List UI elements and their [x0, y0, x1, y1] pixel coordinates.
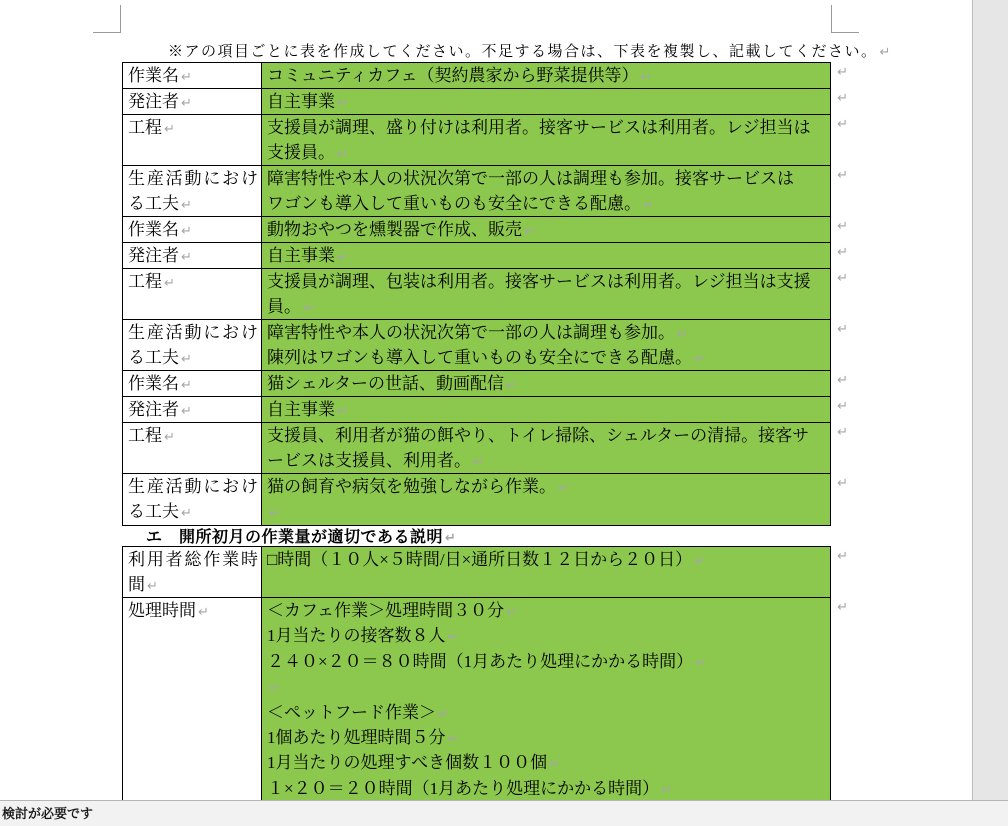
table-row: 利用者総作業時間↵ □時間（１０人×５時間/日×通所日数１２日から２０日）↵ ↵ — [123, 547, 830, 598]
row-header-label: 作業名 — [128, 374, 179, 393]
word-document-page: ※アの項目ごとに表を作成してください。不足する場合は、下表を複製し、記載してくだ… — [0, 0, 1008, 826]
paragraph-mark: ↵ — [694, 352, 705, 367]
cell-end-mark: ↵ — [181, 352, 192, 367]
text-line: ２４０×２０＝８０時間（1月あたり処理にかかる時間）↵ — [267, 649, 828, 674]
text-line: 猫の飼育や病気を勉強しながら作業。↵ — [267, 474, 828, 499]
window-edge-strip — [972, 0, 1008, 800]
text-line: 自主事業↵ — [267, 397, 828, 422]
table-row: 生産活動における工夫↵ 障害特性や本人の状況次第で一部の人は調理も参加。接客サー… — [123, 166, 830, 217]
table-row: 生産活動における工夫↵ 障害特性や本人の状況次第で一部の人は調理も参加。↵ 陳列… — [123, 320, 830, 371]
paragraph-mark: ↵ — [303, 301, 314, 316]
table-row: 生産活動における工夫↵ 猫の飼育や病気を勉強しながら作業。↵ ↵ ↵ — [123, 474, 830, 525]
row-header-cell[interactable]: 工程↵ — [123, 423, 262, 473]
row-header-cell[interactable]: 工程↵ — [123, 115, 262, 165]
paragraph-mark: ↵ — [337, 250, 348, 265]
end-of-row-mark: ↵ — [837, 168, 848, 183]
row-header-cell[interactable]: 生産活動における工夫↵ — [123, 474, 262, 525]
text-line: 支援員、利用者が猫の餌やり、トイレ掃除、シェルターの清掃。接客サ — [267, 423, 828, 448]
paragraph-mark: ↵ — [337, 147, 348, 162]
paragraph-mark: ↵ — [643, 198, 654, 213]
paragraph-mark: ↵ — [694, 554, 705, 569]
instruction-text: ※アの項目ごとに表を作成してください。不足する場合は、下表を複製し、記載してくだ… — [168, 44, 878, 60]
text-line: 障害特性や本人の状況次第で一部の人は調理も参加。接客サービスは — [267, 166, 828, 191]
row-content-cell[interactable]: □時間（１０人×５時間/日×通所日数１２日から２０日）↵ — [262, 547, 830, 597]
cell-end-mark: ↵ — [198, 605, 209, 620]
cell-end-mark: ↵ — [181, 224, 192, 239]
table-row: 作業名↵ コミュニティカフェ（契約農家から野菜提供等）↵ ↵ — [123, 63, 830, 89]
paragraph-mark: ↵ — [438, 707, 449, 722]
row-header-label: 作業名 — [128, 220, 179, 239]
cell-end-mark: ↵ — [164, 430, 175, 445]
cell-end-mark: ↵ — [181, 250, 192, 265]
end-of-row-mark: ↵ — [837, 322, 848, 337]
instruction-line[interactable]: ※アの項目ごとに表を作成してください。不足する場合は、下表を複製し、記載してくだ… — [168, 40, 848, 61]
paragraph-mark: ↵ — [337, 404, 348, 419]
status-bar-message: 検討が必要です — [2, 806, 93, 821]
text-line: ＜ペットフード作業＞↵ — [267, 700, 828, 725]
status-bar: 検討が必要です — [0, 800, 1008, 826]
cell-end-mark: ↵ — [181, 70, 192, 85]
row-header-cell[interactable]: 作業名↵ — [123, 217, 262, 242]
table-row: 工程↵ 支援員が調理、盛り付けは利用者。接客サービスは利用者。レジ担当は 支援員… — [123, 115, 830, 166]
row-header-cell[interactable]: 工程↵ — [123, 269, 262, 319]
end-of-row-mark: ↵ — [837, 425, 848, 440]
text-line: ワゴンも導入して重いものも安全にできる配慮。↵ — [267, 191, 828, 216]
end-of-row-mark: ↵ — [837, 373, 848, 388]
row-header-label: 発注者 — [128, 400, 179, 419]
text-line: ービスは支援員、利用者。↵ — [267, 448, 828, 473]
paragraph-mark: ↵ — [445, 531, 456, 546]
row-header-label: 発注者 — [128, 92, 179, 111]
row-header-label: 工程 — [128, 118, 162, 137]
row-header-cell[interactable]: 発注者↵ — [123, 397, 262, 422]
table-row: 工程↵ 支援員、利用者が猫の餌やり、トイレ掃除、シェルターの清掃。接客サ ービス… — [123, 423, 830, 474]
table-row: 発注者↵ 自主事業↵ ↵ — [123, 89, 830, 115]
end-of-row-mark: ↵ — [837, 549, 848, 564]
row-content-cell[interactable]: 猫シェルターの世話、動画配信↵ — [262, 371, 830, 396]
row-content-cell[interactable]: 猫の飼育や病気を勉強しながら作業。↵ ↵ — [262, 474, 830, 525]
cell-end-mark: ↵ — [164, 122, 175, 137]
paragraph-mark: ↵ — [640, 70, 651, 85]
row-content-cell[interactable]: 支援員、利用者が猫の餌やり、トイレ掃除、シェルターの清掃。接客サ ービスは支援員… — [262, 423, 830, 473]
text-line: ＜カフェ作業＞処理時間３０分↵ — [267, 598, 828, 623]
paragraph-mark: ↵ — [677, 327, 688, 342]
paragraph-mark: ↵ — [524, 224, 535, 239]
cell-end-mark: ↵ — [147, 579, 158, 594]
table-row: 作業名↵ 猫シェルターの世話、動画配信↵ ↵ — [123, 371, 830, 397]
paragraph-mark: ↵ — [448, 630, 459, 645]
row-header-cell[interactable]: 生産活動における工夫↵ — [123, 320, 262, 370]
table-row: 処理時間↵ ＜カフェ作業＞処理時間３０分↵ 1月当たりの接客数８人↵ ２４０×２… — [123, 598, 830, 802]
row-header-cell[interactable]: 処理時間↵ — [123, 598, 262, 801]
row-header-label: 作業名 — [128, 66, 179, 85]
cell-end-mark: ↵ — [181, 198, 192, 213]
paragraph-mark: ↵ — [558, 481, 569, 496]
text-line: コミュニティカフェ（契約農家から野菜提供等）↵ — [267, 63, 828, 88]
paragraph-mark: ↵ — [695, 656, 706, 671]
text-line: □時間（１０人×５時間/日×通所日数１２日から２０日）↵ — [267, 547, 828, 572]
row-content-cell[interactable]: ＜カフェ作業＞処理時間３０分↵ 1月当たりの接客数８人↵ ２４０×２０＝８０時間… — [262, 598, 830, 801]
section-heading-text: エ 開所初月の作業量が適切である説明 — [146, 529, 443, 546]
paragraph-mark: ↵ — [506, 378, 517, 393]
row-content-cell[interactable]: 動物おやつを燻製器で作成、販売↵ — [262, 217, 830, 242]
cell-end-mark: ↵ — [164, 276, 175, 291]
row-header-cell[interactable]: 生産活動における工夫↵ — [123, 166, 262, 216]
paragraph-mark: ↵ — [549, 757, 560, 772]
row-content-cell[interactable]: 自主事業↵ — [262, 243, 830, 268]
row-content-cell[interactable]: 自主事業↵ — [262, 397, 830, 422]
paragraph-mark: ↵ — [269, 506, 280, 521]
row-header-label: 処理時間 — [128, 601, 196, 620]
text-line: 陳列はワゴンも導入して重いものも安全にできる配慮。↵ — [267, 345, 828, 370]
end-of-row-mark: ↵ — [837, 65, 848, 80]
workload-table: 利用者総作業時間↵ □時間（１０人×５時間/日×通所日数１２日から２０日）↵ ↵… — [122, 546, 831, 803]
end-of-row-mark: ↵ — [837, 245, 848, 260]
row-content-cell[interactable]: コミュニティカフェ（契約農家から野菜提供等）↵ — [262, 63, 830, 88]
row-header-label: 生産活動における工夫 — [128, 323, 258, 367]
row-content-cell[interactable]: 障害特性や本人の状況次第で一部の人は調理も参加。↵ 陳列はワゴンも導入して重いも… — [262, 320, 830, 370]
row-content-cell[interactable]: 支援員が調理、包装は利用者。接客サービスは利用者。レジ担当は支援 員。↵ — [262, 269, 830, 319]
text-line: 1月当たりの処理すべき個数１００個↵ — [267, 750, 828, 775]
margin-crop-mark-top-right — [831, 5, 859, 33]
text-line: 猫シェルターの世話、動画配信↵ — [267, 371, 828, 396]
row-header-cell[interactable]: 発注者↵ — [123, 243, 262, 268]
row-header-label: 工程 — [128, 426, 162, 445]
table-row: 工程↵ 支援員が調理、包装は利用者。接客サービスは利用者。レジ担当は支援 員。↵… — [123, 269, 830, 320]
end-of-row-mark: ↵ — [837, 117, 848, 132]
row-content-cell[interactable]: 支援員が調理、盛り付けは利用者。接客サービスは利用者。レジ担当は 支援員。↵ — [262, 115, 830, 165]
row-header-label: 発注者 — [128, 246, 179, 265]
text-line: 自主事業↵ — [267, 243, 828, 268]
text-line: 1個あたり処理時間５分↵ — [267, 725, 828, 750]
paragraph-mark: ↵ — [506, 605, 517, 620]
paragraph-mark: ↵ — [473, 455, 484, 470]
paragraph-mark: ↵ — [448, 732, 459, 747]
text-line: 支援員が調理、包装は利用者。接客サービスは利用者。レジ担当は支援 — [267, 269, 828, 294]
cell-end-mark: ↵ — [181, 96, 192, 111]
margin-crop-mark-top-left — [93, 5, 121, 33]
cell-end-mark: ↵ — [181, 378, 192, 393]
paragraph-mark: ↵ — [880, 45, 891, 60]
row-header-cell[interactable]: 作業名↵ — [123, 63, 262, 88]
text-line: 障害特性や本人の状況次第で一部の人は調理も参加。↵ — [267, 320, 828, 345]
row-header-label: 生産活動における工夫 — [128, 169, 258, 213]
row-header-cell[interactable]: 利用者総作業時間↵ — [123, 547, 262, 597]
text-line: １×２０＝２０時間（1月あたり処理にかかる時間）↵ — [267, 776, 828, 801]
row-content-cell[interactable]: 自主事業↵ — [262, 89, 830, 114]
end-of-row-mark: ↵ — [837, 271, 848, 286]
text-line: 員。↵ — [267, 294, 828, 319]
end-of-row-mark: ↵ — [837, 600, 848, 615]
text-line: 自主事業↵ — [267, 89, 828, 114]
row-content-cell[interactable]: 障害特性や本人の状況次第で一部の人は調理も参加。接客サービスは ワゴンも導入して… — [262, 166, 830, 216]
work-items-table: 作業名↵ コミュニティカフェ（契約農家から野菜提供等）↵ ↵ 発注者↵ 自主事業… — [122, 62, 831, 526]
end-of-row-mark: ↵ — [837, 219, 848, 234]
cell-end-mark: ↵ — [181, 404, 192, 419]
text-line: 動物おやつを燻製器で作成、販売↵ — [267, 217, 828, 242]
section-heading[interactable]: エ 開所初月の作業量が適切である説明↵ — [146, 524, 456, 547]
row-header-label: 生産活動における工夫 — [128, 477, 258, 521]
row-header-cell[interactable]: 作業名↵ — [123, 371, 262, 396]
table-row: 作業名↵ 動物おやつを燻製器で作成、販売↵ ↵ — [123, 217, 830, 243]
end-of-row-mark: ↵ — [837, 399, 848, 414]
table-row: 発注者↵ 自主事業↵ ↵ — [123, 243, 830, 269]
paragraph-mark: ↵ — [269, 681, 280, 696]
text-line: ↵ — [267, 499, 828, 524]
text-line: 1月当たりの接客数８人↵ — [267, 623, 828, 648]
end-of-row-mark: ↵ — [837, 476, 848, 491]
row-header-cell[interactable]: 発注者↵ — [123, 89, 262, 114]
text-line: ↵ — [267, 674, 828, 699]
paragraph-mark: ↵ — [337, 96, 348, 111]
paragraph-mark: ↵ — [661, 783, 672, 798]
end-of-row-mark: ↵ — [837, 91, 848, 106]
table-row: 発注者↵ 自主事業↵ ↵ — [123, 397, 830, 423]
row-header-label: 工程 — [128, 272, 162, 291]
text-line: 支援員が調理、盛り付けは利用者。接客サービスは利用者。レジ担当は — [267, 115, 828, 140]
cell-end-mark: ↵ — [181, 506, 192, 521]
text-line: 支援員。↵ — [267, 140, 828, 165]
